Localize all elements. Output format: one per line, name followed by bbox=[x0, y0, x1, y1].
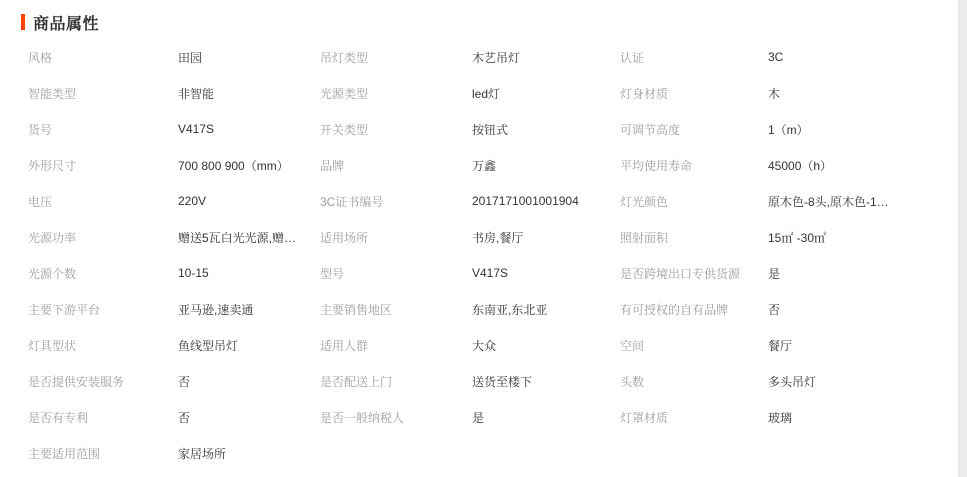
attribute-label: 吊灯类型 bbox=[320, 39, 472, 75]
attribute-value: 700 800 900（mm） bbox=[178, 147, 320, 183]
attribute-value: 家居场所 bbox=[178, 435, 320, 471]
attribute-value: 万鑫 bbox=[472, 147, 620, 183]
attribute-value: led灯 bbox=[472, 75, 620, 111]
attribute-value: V417S bbox=[178, 111, 320, 147]
attribute-value: 是 bbox=[768, 255, 967, 291]
attribute-label: 开关类型 bbox=[320, 111, 472, 147]
attribute-value bbox=[768, 435, 967, 471]
attribute-value: 亚马逊,速卖通 bbox=[178, 291, 320, 327]
attribute-label: 主要销售地区 bbox=[320, 291, 472, 327]
attribute-value: 木艺吊灯 bbox=[472, 39, 620, 75]
attribute-value: 田园 bbox=[178, 39, 320, 75]
attribute-value: 按钮式 bbox=[472, 111, 620, 147]
attribute-label: 是否提供安装服务 bbox=[28, 363, 178, 399]
attribute-label: 光源个数 bbox=[28, 255, 178, 291]
attribute-value: 非智能 bbox=[178, 75, 320, 111]
attribute-value: 220V bbox=[178, 183, 320, 219]
attribute-label: 头数 bbox=[620, 363, 768, 399]
attribute-value: 木 bbox=[768, 75, 967, 111]
attribute-value: 鱼线型吊灯 bbox=[178, 327, 320, 363]
attribute-value: V417S bbox=[472, 255, 620, 291]
product-attributes-panel: 商品属性 风格田园吊灯类型木艺吊灯认证3C智能类型非智能光源类型led灯灯身材质… bbox=[0, 0, 967, 477]
section-accent-bar-icon bbox=[21, 14, 25, 30]
attribute-value: 45000（h） bbox=[768, 147, 967, 183]
attributes-grid: 风格田园吊灯类型木艺吊灯认证3C智能类型非智能光源类型led灯灯身材质木货号V4… bbox=[0, 32, 967, 471]
attribute-label: 货号 bbox=[28, 111, 178, 147]
attribute-label: 灯具型状 bbox=[28, 327, 178, 363]
attribute-label: 品牌 bbox=[320, 147, 472, 183]
attribute-value: 3C bbox=[768, 39, 967, 75]
attribute-value: 大众 bbox=[472, 327, 620, 363]
attribute-label: 适用场所 bbox=[320, 219, 472, 255]
attribute-label: 型号 bbox=[320, 255, 472, 291]
attribute-value: 多头吊灯 bbox=[768, 363, 967, 399]
attribute-value: 10-15 bbox=[178, 255, 320, 291]
attribute-label: 光源功率 bbox=[28, 219, 178, 255]
attribute-label: 灯光颜色 bbox=[620, 183, 768, 219]
attribute-label: 主要下游平台 bbox=[28, 291, 178, 327]
attribute-label: 灯身材质 bbox=[620, 75, 768, 111]
attribute-value: 15㎡ -30㎡ bbox=[768, 219, 967, 255]
attribute-value: 餐厅 bbox=[768, 327, 967, 363]
attribute-label: 适用人群 bbox=[320, 327, 472, 363]
scrollbar-track[interactable] bbox=[958, 0, 967, 477]
attribute-value: 玻璃 bbox=[768, 399, 967, 435]
attribute-label: 智能类型 bbox=[28, 75, 178, 111]
attribute-label: 外形尺寸 bbox=[28, 147, 178, 183]
attribute-label: 灯罩材质 bbox=[620, 399, 768, 435]
attribute-label: 是否配送上门 bbox=[320, 363, 472, 399]
section-title: 商品属性 bbox=[33, 11, 99, 34]
attribute-label: 是否有专利 bbox=[28, 399, 178, 435]
attribute-value: 是 bbox=[472, 399, 620, 435]
attribute-value: 东南亚,东北亚 bbox=[472, 291, 620, 327]
attribute-label: 认证 bbox=[620, 39, 768, 75]
attribute-label bbox=[320, 435, 472, 471]
section-header: 商品属性 bbox=[0, 0, 967, 32]
attribute-label: 3C证书编号 bbox=[320, 183, 472, 219]
attribute-value: 书房,餐厅 bbox=[472, 219, 620, 255]
attribute-value: 1（m） bbox=[768, 111, 967, 147]
attribute-value: 否 bbox=[178, 399, 320, 435]
attribute-value: 否 bbox=[768, 291, 967, 327]
attribute-value: 否 bbox=[178, 363, 320, 399]
attribute-label bbox=[620, 435, 768, 471]
attribute-label: 是否一般纳税人 bbox=[320, 399, 472, 435]
attribute-label: 电压 bbox=[28, 183, 178, 219]
attribute-value: 送货至楼下 bbox=[472, 363, 620, 399]
attribute-label: 风格 bbox=[28, 39, 178, 75]
attribute-value: 2017171001001904 bbox=[472, 183, 620, 219]
attribute-value: 原木色-8头,原木色-1… bbox=[768, 183, 967, 219]
attribute-value: 赠送5瓦白光光源,赠… bbox=[178, 219, 320, 255]
attribute-label: 光源类型 bbox=[320, 75, 472, 111]
attribute-value bbox=[472, 435, 620, 471]
attribute-label: 可调节高度 bbox=[620, 111, 768, 147]
attribute-label: 空间 bbox=[620, 327, 768, 363]
attribute-label: 有可授权的自有品牌 bbox=[620, 291, 768, 327]
attribute-label: 照射面积 bbox=[620, 219, 768, 255]
attribute-label: 平均使用寿命 bbox=[620, 147, 768, 183]
attribute-label: 是否跨境出口专供货源 bbox=[620, 255, 768, 291]
attribute-label: 主要适用范围 bbox=[28, 435, 178, 471]
